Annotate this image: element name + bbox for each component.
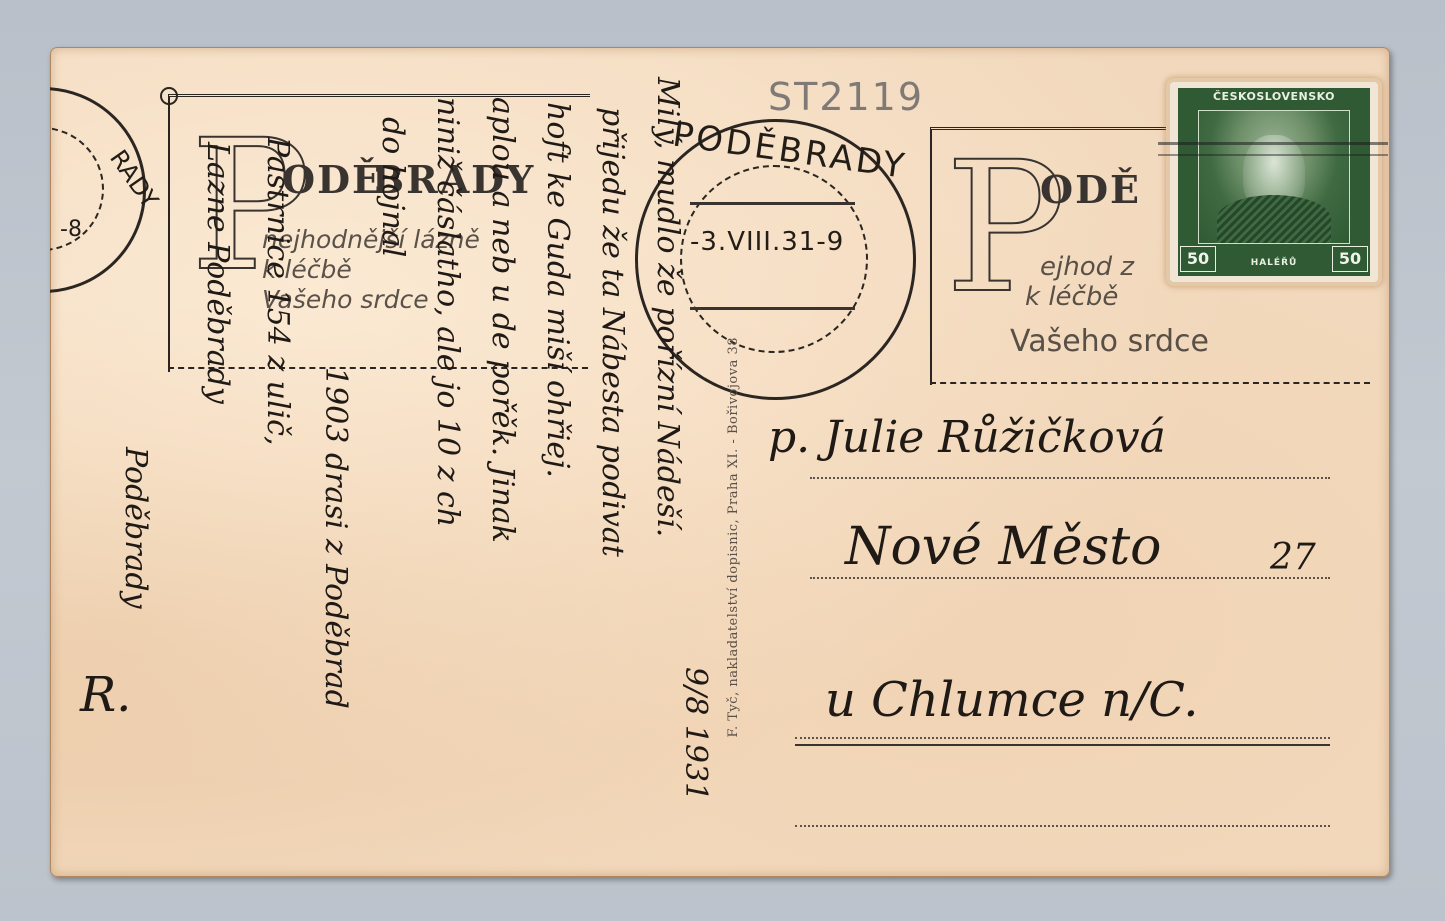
- address-underline: [795, 744, 1330, 746]
- address-line-1: p. Julie Růžičková: [768, 412, 1166, 463]
- message-column-2: přijedu že ta Nábesta podivat: [595, 107, 630, 557]
- postmark-bar-bottom: [690, 307, 855, 310]
- message-column-8: Pastrnice 154 z ulič,: [260, 137, 295, 446]
- cancel-bar-over-stamp: [1158, 142, 1388, 145]
- slogan-2-line-1: ejhod z: [1040, 252, 1134, 282]
- stamp-value-right: 50: [1332, 246, 1368, 272]
- postage-stamp: ČESKOSLOVENSKO 50 HALÉŘŮ 50: [1170, 82, 1378, 282]
- address-dotted-line-1: [810, 477, 1330, 479]
- message-column-5: niniž čáslatho, ale jo 10 z ch: [430, 97, 465, 527]
- address-dotted-line-2: [810, 577, 1330, 579]
- slogan-2-line-3: Vašeho srdce: [1010, 327, 1209, 357]
- address-line-3: u Chlumce n/C.: [825, 672, 1199, 728]
- address-house-number: 27: [1270, 537, 1316, 578]
- cancel-bar-over-stamp-2: [1158, 154, 1388, 156]
- frame-corner-ornament: [160, 87, 178, 105]
- postcard: ST2119 RADY -8 P ODĚ BRADY nejhodnější l…: [50, 47, 1390, 877]
- portrait-body: [1217, 195, 1331, 243]
- address-dotted-line-4: [795, 825, 1330, 827]
- address-line-2: Nové Město: [845, 517, 1161, 577]
- publisher-imprint: F. Tyč, nakladatelství dopisnic, Praha X…: [726, 337, 741, 737]
- stamp-portrait: [1198, 110, 1350, 244]
- postmark-left-date: -8: [60, 217, 82, 242]
- slogan-cancel-2-title: ODĚ: [1040, 167, 1141, 212]
- message-column-1: Milý, mudlo že pořízní Nádeší.: [650, 77, 685, 537]
- address-dotted-line-3: [795, 737, 1330, 739]
- message-column-4: aplou a neb u de pořěk. Jinak: [485, 97, 520, 543]
- postmark-inner-ring: [680, 165, 868, 353]
- slogan-cancel-title: ODĚ: [282, 157, 383, 202]
- postmark-bar-top: [690, 202, 855, 205]
- message-signature: R.: [80, 667, 131, 723]
- slogan-cancel-2-bottom-line: [930, 382, 1370, 384]
- postmark-date: -3.VIII.31-9: [690, 227, 844, 257]
- message-date: 9/8 1931: [678, 667, 713, 801]
- message-column-3: hoft ke Guda miší ohřiej.: [540, 102, 575, 478]
- message-column-9: Lazne Poděbrady: [200, 142, 235, 404]
- stamp-country: ČESKOSLOVENSKO: [1178, 90, 1370, 103]
- slogan-2-line-2: k léčbě: [1025, 282, 1118, 312]
- left-note: Poděbrady: [118, 447, 153, 609]
- message-column-6: do hojnal: [375, 117, 410, 257]
- message-column-7: 1903 drasi z Poděbrad: [318, 367, 353, 709]
- pencil-inventory-note: ST2119: [768, 75, 924, 119]
